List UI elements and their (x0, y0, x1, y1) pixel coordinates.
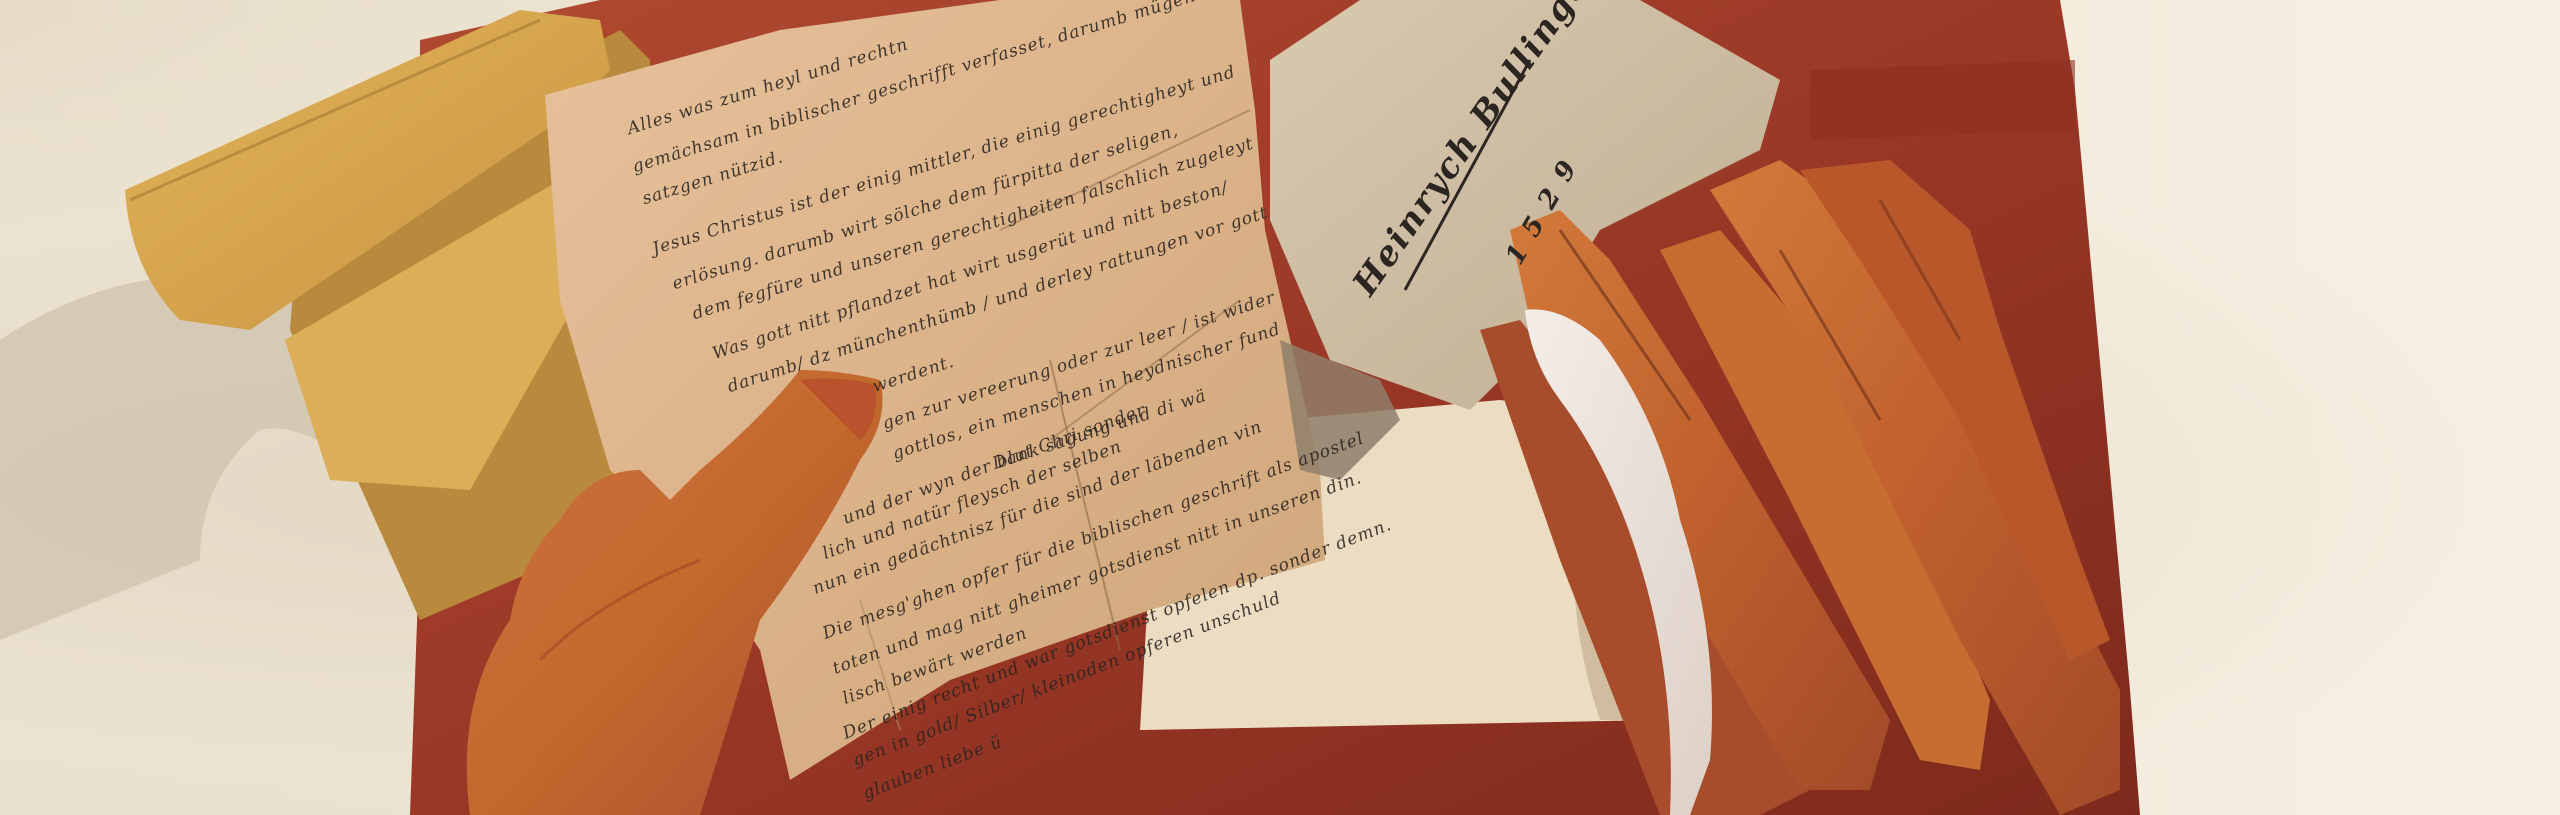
sculpture-photo: Alles was zum heyl und rechtn gemächsam … (0, 0, 2560, 815)
sculpture-shapes (0, 0, 2560, 815)
